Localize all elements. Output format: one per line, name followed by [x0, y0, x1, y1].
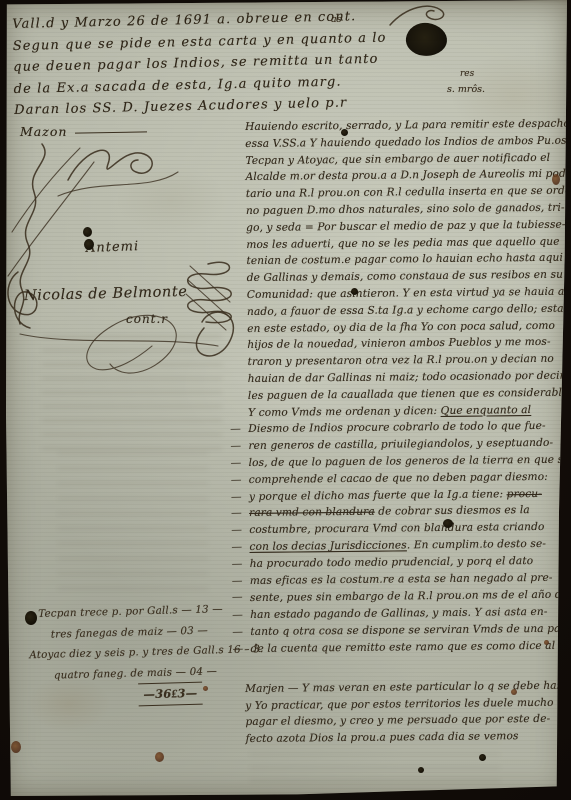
- account-note: Tecpan trece p. por Gall.s — 13 — tres f…: [36, 598, 265, 709]
- notary-signature: Nicolas de Belmonte: [24, 284, 188, 304]
- ink-showthrough: [58, 440, 208, 590]
- margin-dash: —: [231, 539, 242, 556]
- account-total: —36₤3—: [138, 682, 203, 706]
- stain: [479, 754, 486, 761]
- notary-ante-mi: Antemi: [86, 239, 140, 256]
- margin-dash: —: [231, 505, 242, 522]
- rubric-flourish-right: [168, 252, 248, 372]
- superscript-note: s. mrôs.: [447, 84, 485, 95]
- margin-dash: —: [231, 472, 242, 489]
- margin-dash: —: [231, 489, 242, 506]
- margin-dash: —: [231, 522, 242, 539]
- margin-dash: —: [230, 438, 241, 455]
- ink-showthrough: [250, 742, 500, 782]
- main-text-closing-block: Marjen — Y mas veran en este particular …: [245, 678, 561, 748]
- margin-dash: —: [232, 573, 243, 590]
- stain: [11, 741, 21, 753]
- stain: [25, 611, 37, 625]
- margin-dash: —: [232, 556, 243, 573]
- pen-rule-line: [75, 131, 147, 133]
- stain: [418, 767, 424, 773]
- stain: [155, 752, 164, 762]
- main-text-block: Hauiendo escrito, serrado, y La para rem…: [245, 116, 566, 658]
- scan-background: Vall.d y Marzo 26 de 1691 a. obreue en c…: [0, 0, 571, 800]
- margin-dash: —: [230, 421, 241, 438]
- margin-dash: —: [231, 455, 242, 472]
- ink-showthrough: [42, 330, 222, 450]
- stain: [83, 227, 92, 237]
- superscript-note: res: [460, 69, 474, 79]
- manuscript-page: Vall.d y Marzo 26 de 1691 a. obreue en c…: [0, 0, 571, 800]
- manuscript-line: —de la cuenta que remitto este ramo que …: [250, 637, 565, 657]
- manuscript-line: fecto azota Dios la prou.a pues cada dia…: [246, 727, 561, 747]
- rubric-flourish-left: [2, 136, 242, 416]
- superscript-note: as: [331, 14, 342, 25]
- clerk-name: Mazon: [20, 124, 147, 139]
- notary-title: cont.r: [126, 312, 168, 326]
- ink-blot: [404, 20, 449, 58]
